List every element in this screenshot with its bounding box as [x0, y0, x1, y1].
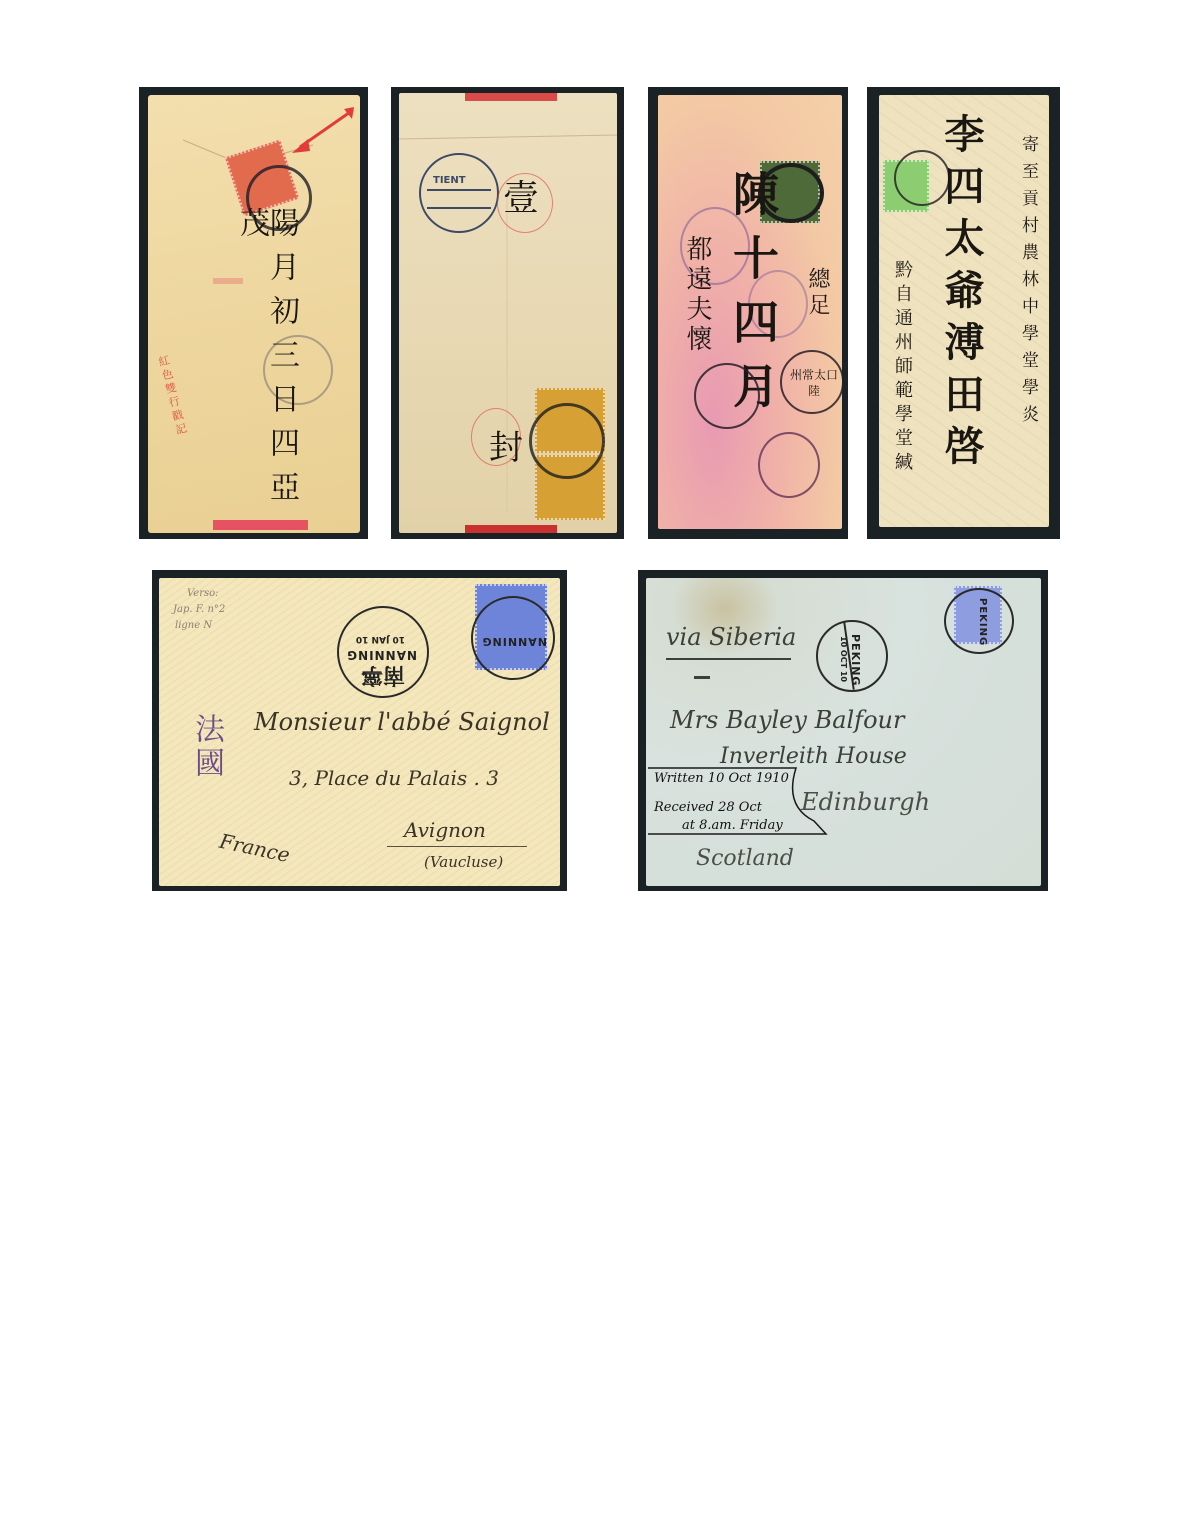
cover-3-envelope: 陳十四月 都遠夫懷 總足 州常太口陸 [658, 95, 842, 529]
round-chop-left [694, 363, 760, 429]
char-top: 壹 [503, 181, 539, 217]
address-line-5: France [217, 829, 292, 867]
cover-1-envelope: 陽月初三日四亞茂 紅色雙行戳記 [148, 95, 360, 533]
underline [387, 846, 527, 847]
peking-postmark: PEKING 10 OCT 10 [816, 620, 888, 692]
cover-6-envelope: via Siberia PEKING 10 OCT 10 PEKING Mrs … [646, 578, 1041, 886]
left-calligraphy: 黔自通州師範學堂緘 [893, 260, 911, 476]
right-calligraphy: 總足 [806, 267, 828, 319]
red-chop: 紅色雙行戳記 [157, 347, 227, 483]
postmark-bar [427, 189, 491, 191]
cover-3-photo: 陳十四月 都遠夫懷 總足 州常太口陸 [648, 87, 848, 539]
postmark-city: TIENT [433, 175, 466, 186]
boxed-note-line-1: Written 10 Oct 1910 [654, 771, 789, 786]
postmark-rotated-text: PEKING 10 OCT 10 [818, 622, 886, 690]
cover-1-photo: 陽月初三日四亞茂 紅色雙行戳記 [139, 87, 368, 539]
stamp-postmark: NANNING [471, 596, 555, 680]
address-calligraphy: 陽月初三日四亞茂 [236, 207, 296, 533]
red-arrow-icon [288, 105, 358, 165]
purple-destination-chars: 法國 [191, 713, 221, 781]
route-dash [694, 676, 710, 679]
round-chop-bottom [758, 432, 820, 498]
cover-2-envelope: TIENT 壹 封 [399, 93, 617, 533]
address-line-2: 3, Place du Palais . 3 [289, 766, 499, 790]
tientsin-postmark: TIENT [419, 153, 499, 233]
char-bottom: 封 [489, 431, 523, 465]
red-smear-faint [213, 278, 243, 284]
cover-5-envelope: Verso: Jap. F. n°2 ligne N 南寧 NANNING 10… [159, 578, 560, 886]
chop-text: 州常太口陸 [790, 368, 838, 399]
left-calligraphy: 都遠夫懷 [684, 235, 710, 355]
route-underline [666, 658, 791, 660]
postmark-cancel [529, 403, 605, 479]
right-calligraphy: 寄至貢村農林中學堂學炎 [1019, 135, 1036, 432]
main-calligraphy: 李四太爺溥田啓 [941, 113, 981, 477]
cover-4-envelope: 李四太爺溥田啓 寄至貢村農林中學堂學炎 黔自通州師範學堂緘 [879, 95, 1049, 527]
postmark-bar [427, 207, 491, 209]
cover-2-photo: TIENT 壹 封 [391, 87, 624, 539]
boxed-note-line-2: Received 28 Oct [654, 800, 762, 815]
postmark-inverted-text: NANNING [473, 598, 553, 678]
cover-4-photo: 李四太爺溥田啓 寄至貢村農林中學堂學炎 黔自通州師範學堂緘 [867, 87, 1060, 539]
postmark-inverted-text: 南寧 NANNING 10 JAN 10 [339, 608, 427, 696]
cover-6-photo: via Siberia PEKING 10 OCT 10 PEKING Mrs … [638, 570, 1048, 891]
red-smear [213, 520, 308, 530]
address-line-1: Monsieur l'abbé Saignol [254, 708, 550, 736]
address-line-4: (Vaucluse) [424, 853, 503, 871]
stamp-postmark: PEKING [944, 588, 1014, 654]
address-line-3: Avignon [404, 818, 486, 842]
address-line-1: Mrs Bayley Balfour [670, 706, 904, 734]
cover-5-photo: Verso: Jap. F. n°2 ligne N 南寧 NANNING 10… [152, 570, 567, 891]
route-note: via Siberia [666, 623, 796, 651]
nanning-postmark: 南寧 NANNING 10 JAN 10 [337, 606, 429, 698]
address-line-4: Scotland [696, 846, 794, 871]
round-chop-right: 州常太口陸 [780, 350, 842, 414]
postmark-rotated-text: PEKING [948, 588, 1010, 654]
boxed-note-line-3: at 8.am. Friday [682, 818, 783, 833]
